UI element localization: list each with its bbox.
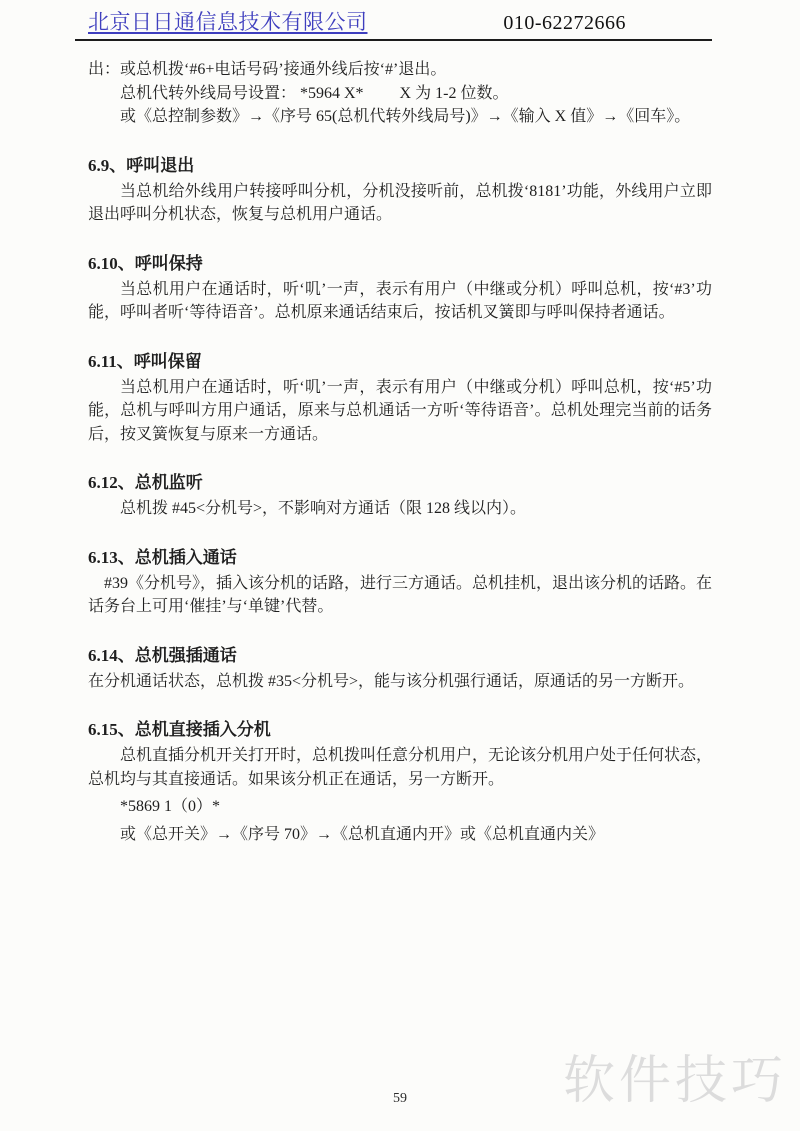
page-header: 北京日日通信息技术有限公司 010-62272666 bbox=[75, 6, 712, 41]
section-paragraph: 当总机用户在通话时，听‘叽’一声，表示有用户（中继或分机）呼叫总机，按‘#5’功… bbox=[88, 376, 712, 447]
section-6-10: 6.10、呼叫保持 当总机用户在通话时，听‘叽’一声，表示有用户（中继或分机）呼… bbox=[88, 254, 712, 325]
menu-path-line: 或《总开关》→《序号 70》→《总机直通内开》或《总机直通内关》 bbox=[88, 823, 712, 847]
section-paragraph: 当总机用户在通话时，听‘叽’一声，表示有用户（中继或分机）呼叫总机，按‘#3’功… bbox=[88, 278, 712, 325]
company-name-link: 北京日日通信息技术有限公司 bbox=[75, 6, 368, 36]
intro-line: 出：或总机拨‘#6+电话号码’接通外线后按‘#’退出。 bbox=[88, 58, 712, 82]
page-number: 59 bbox=[0, 1091, 800, 1107]
document-body: 出：或总机拨‘#6+电话号码’接通外线后按‘#’退出。 总机代转外线局号设置： … bbox=[88, 58, 712, 846]
section-paragraph: 当总机给外线用户转接呼叫分机，分机没接听前，总机拨‘8181’功能，外线用户立即… bbox=[88, 180, 712, 227]
section-6-13: 6.13、总机插入通话 #39《分机号》，插入该分机的话路，进行三方通话。总机挂… bbox=[88, 548, 712, 619]
section-heading: 6.13、总机插入通话 bbox=[88, 548, 712, 568]
intro-paragraph: 出：或总机拨‘#6+电话号码’接通外线后按‘#’退出。 总机代转外线局号设置： … bbox=[88, 58, 712, 129]
section-6-14: 6.14、总机强插通话 在分机通话状态，总机拨 #35<分机号>，能与该分机强行… bbox=[88, 646, 712, 694]
code-line: *5869 1（0）* bbox=[88, 795, 712, 819]
phone-number: 010-62272666 bbox=[503, 12, 712, 35]
section-paragraph: #39《分机号》，插入该分机的话路，进行三方通话。总机挂机，退出该分机的话路。在… bbox=[88, 572, 712, 619]
intro-line: 总机代转外线局号设置： *5964 X* X 为 1-2 位数。 bbox=[88, 82, 712, 106]
section-6-11: 6.11、呼叫保留 当总机用户在通话时，听‘叽’一声，表示有用户（中继或分机）呼… bbox=[88, 352, 712, 447]
section-6-9: 6.9、呼叫退出 当总机给外线用户转接呼叫分机，分机没接听前，总机拨‘8181’… bbox=[88, 156, 712, 227]
section-paragraph: 在分机通话状态，总机拨 #35<分机号>，能与该分机强行通话，原通话的另一方断开… bbox=[88, 670, 712, 694]
section-heading: 6.11、呼叫保留 bbox=[88, 352, 712, 372]
section-heading: 6.15、总机直接插入分机 bbox=[88, 720, 712, 740]
section-paragraph: 总机拨 #45<分机号>，不影响对方通话（限 128 线以内）。 bbox=[88, 497, 712, 521]
section-paragraph: 总机直插分机开关打开时，总机拨叫任意分机用户，无论该分机用户处于任何状态，总机均… bbox=[88, 744, 712, 791]
section-heading: 6.12、总机监听 bbox=[88, 473, 712, 493]
section-6-15: 6.15、总机直接插入分机 总机直插分机开关打开时，总机拨叫任意分机用户，无论该… bbox=[88, 720, 712, 846]
section-heading: 6.9、呼叫退出 bbox=[88, 156, 712, 176]
section-6-12: 6.12、总机监听 总机拨 #45<分机号>，不影响对方通话（限 128 线以内… bbox=[88, 473, 712, 521]
section-heading: 6.10、呼叫保持 bbox=[88, 254, 712, 274]
section-heading: 6.14、总机强插通话 bbox=[88, 646, 712, 666]
intro-line: 或《总控制参数》→《序号 65(总机代转外线局号)》→《输入 X 值》→《回车》… bbox=[88, 105, 712, 129]
